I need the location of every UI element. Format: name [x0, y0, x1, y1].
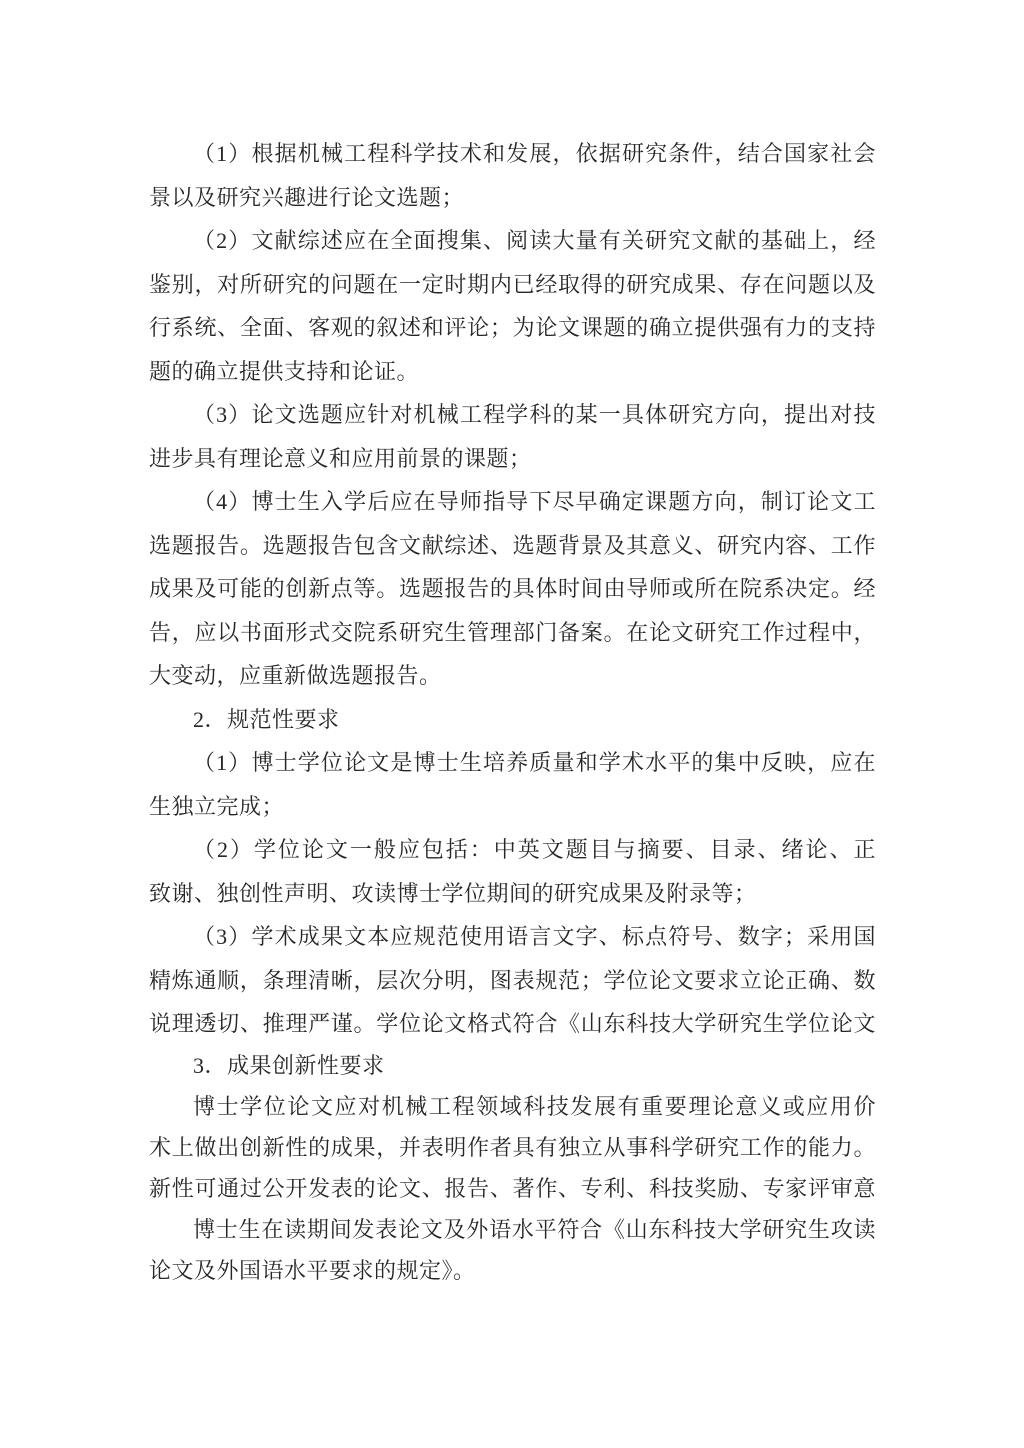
text-line: 博士学位论文应对机械工程领域科技发展有重要理论意义或应用价值，在科学或专门技 — [149, 1086, 876, 1127]
text-line: 告，应以书面形式交院系研究生管理部门备案。在论文研究工作过程中，如果论文课题有重 — [149, 611, 876, 655]
text-line: 行系统、全面、客观的叙述和评论；为论文课题的确立提供强有力的支持和论证，为论文课 — [149, 306, 876, 350]
text-line: 景以及研究兴趣进行论文选题； — [149, 176, 876, 220]
text-line: 2．规范性要求 — [149, 698, 876, 742]
text-line: 致谢、独创性声明、攻读博士学位期间的研究成果及附录等； — [149, 872, 876, 916]
document-page: （1）根据机械工程科学技术和发展，依据研究条件，结合国家社会需求、个人知识背景以… — [0, 0, 1024, 1448]
text-line: （4）博士生入学后应在导师指导下尽早确定课题方向，制订论文工作计划，完成论文 — [149, 480, 876, 524]
text-line: 选题报告。选题报告包含文献综述、选题背景及其意义、研究内容、工作特色及难点、预期 — [149, 524, 876, 568]
text-line: 进步具有理论意义和应用前景的课题； — [149, 437, 876, 481]
text-line: 3．成果创新性要求 — [149, 1045, 876, 1086]
text-line: （1）根据机械工程科学技术和发展，依据研究条件，结合国家社会需求、个人知识背 — [149, 132, 876, 176]
text-line: 题的确立提供支持和论证。 — [149, 350, 876, 394]
text-line: （3）论文选题应针对机械工程学科的某一具体研究方向，提出对技术发展或制造产业 — [149, 393, 876, 437]
text-line: 新性可通过公开发表的论文、报告、著作、专利、科技奖励、专家评审意见或其他形式体现… — [149, 1168, 876, 1209]
text-line: （1）博士学位论文是博士生培养质量和学术水平的集中反映，应在导师指导下由博士 — [149, 741, 876, 785]
section-innovation-requirements: 3．成果创新性要求博士学位论文应对机械工程领域科技发展有重要理论意义或应用价值，… — [149, 1045, 876, 1291]
text-line: （3）学术成果文本应规范使用语言文字、标点符号、数字；采用国际标准单位，语句 — [149, 915, 876, 959]
text-line: 术上做出创新性的成果，并表明作者具有独立从事科学研究工作的能力。博士学位论文的创 — [149, 1127, 876, 1168]
text-line: 精炼通顺，条理清晰，层次分明，图表规范；学位论文要求立论正确、数据真实、论据可靠… — [149, 959, 876, 1003]
section-thesis-selection-and-standards: （1）根据机械工程科学技术和发展，依据研究条件，结合国家社会需求、个人知识背景以… — [149, 132, 876, 1046]
text-line: 鉴别，对所研究的问题在一定时期内已经取得的研究成果、存在问题以及新的发展趋势等进 — [149, 263, 876, 307]
text-line: （2）文献综述应在全面搜集、阅读大量有关研究文献的基础上，经过归纳整理、分析 — [149, 219, 876, 263]
text-line: 博士生在读期间发表论文及外语水平符合《山东科技大学研究生攻读学位期间发表学术 — [149, 1209, 876, 1250]
text-line: 成果及可能的创新点等。选题报告的具体时间由导师或所在院系决定。经评审通过的选题报 — [149, 567, 876, 611]
text-line: （2）学位论文一般应包括：中英文题目与摘要、目录、绪论、正文、结论、参考文献、 — [149, 828, 876, 872]
text-line: 论文及外国语水平要求的规定》。 — [149, 1250, 876, 1291]
text-line: 生独立完成； — [149, 785, 876, 829]
text-line: 说理透切、推理严谨。学位论文格式符合《山东科技大学研究生学位论文撰写规定》。 — [149, 1002, 876, 1046]
text-line: 大变动，应重新做选题报告。 — [149, 654, 876, 698]
